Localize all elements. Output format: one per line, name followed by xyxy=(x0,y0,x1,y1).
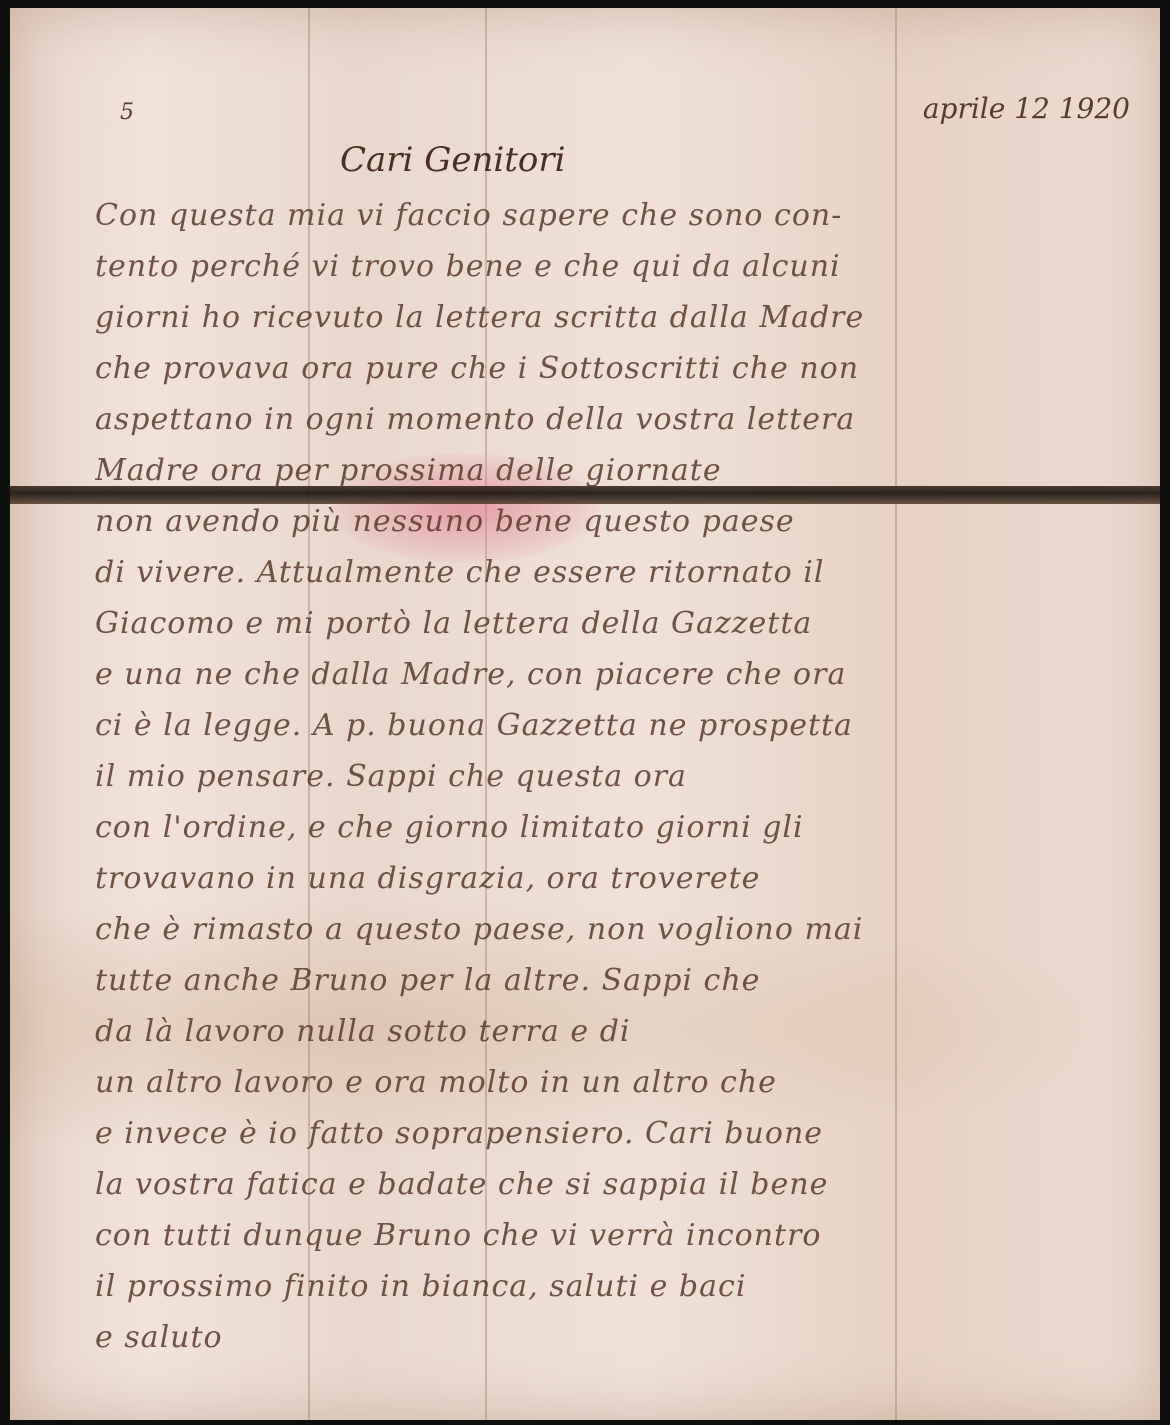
body-line: trovavano in una disgrazia, ora troveret… xyxy=(95,853,1135,904)
body-line: Giacomo e mi portò la lettera della Gazz… xyxy=(95,598,1135,649)
body-line: tutte anche Bruno per la altre. Sappi ch… xyxy=(95,955,1135,1006)
letter-date: aprile 12 1920 xyxy=(923,92,1130,125)
body-line: la vostra fatica e badate che si sappia … xyxy=(95,1159,1135,1210)
body-line: un altro lavoro e ora molto in un altro … xyxy=(95,1057,1135,1108)
body-line: che è rimasto a questo paese, non voglio… xyxy=(95,904,1135,955)
salutation: Cari Genitori xyxy=(340,140,566,180)
page-number: 5 xyxy=(120,100,134,125)
body-line: e una ne che dalla Madre, con piacere ch… xyxy=(95,649,1135,700)
body-line: che provava ora pure che i Sottoscritti … xyxy=(95,343,1135,394)
letter-body: Con questa mia vi faccio sapere che sono… xyxy=(95,190,1135,1363)
body-line: giorni ho ricevuto la lettera scritta da… xyxy=(95,292,1135,343)
body-line: non avendo più nessuno bene questo paese xyxy=(95,496,1135,547)
body-line: Madre ora per prossima delle giornate xyxy=(95,445,1135,496)
body-line: con tutti dunque Bruno che vi verrà inco… xyxy=(95,1210,1135,1261)
body-line: ci è la legge. A p. buona Gazzetta ne pr… xyxy=(95,700,1135,751)
body-line: il prossimo finito in bianca, saluti e b… xyxy=(95,1261,1135,1312)
body-line: con l'ordine, e che giorno limitato gior… xyxy=(95,802,1135,853)
body-line: Con questa mia vi faccio sapere che sono… xyxy=(95,190,1135,241)
body-line: e saluto xyxy=(95,1312,1135,1363)
body-line: aspettano in ogni momento della vostra l… xyxy=(95,394,1135,445)
body-line: da là lavoro nulla sotto terra e di xyxy=(95,1006,1135,1057)
body-line: di vivere. Attualmente che essere ritorn… xyxy=(95,547,1135,598)
body-line: e invece è io fatto soprapensiero. Cari … xyxy=(95,1108,1135,1159)
body-line: il mio pensare. Sappi che questa ora xyxy=(95,751,1135,802)
body-line: tento perché vi trovo bene e che qui da … xyxy=(95,241,1135,292)
